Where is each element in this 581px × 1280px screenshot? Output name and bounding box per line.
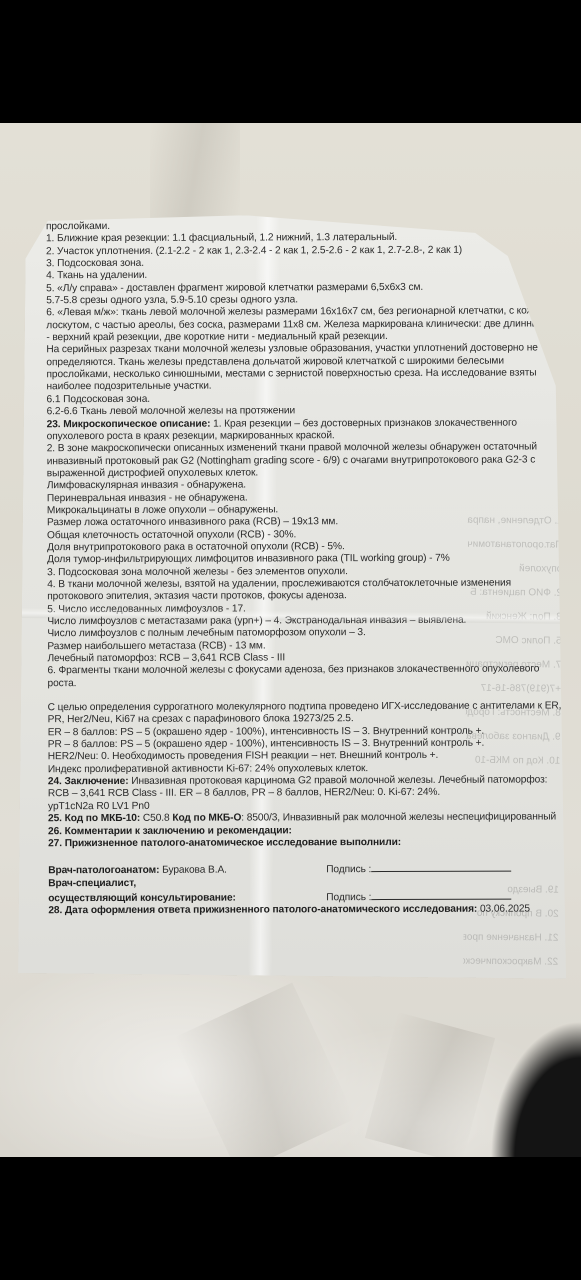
- section-heading: 24. Заключение:: [48, 776, 129, 787]
- signature-label: Подпись :: [326, 864, 371, 875]
- report-line: лоскутом, с частью ареолы, без соска, ра…: [46, 318, 558, 332]
- signature-line: [371, 861, 511, 872]
- icd10-code: C50.8: [140, 813, 172, 824]
- fabric-fold: [174, 983, 355, 1157]
- signature-line: [371, 888, 511, 899]
- report-line: 5. Число исследованных лимфоузлов - 17.: [47, 602, 559, 616]
- bleed-line: 21. Назначение пров: [463, 931, 558, 946]
- bleed-line: [471, 226, 566, 241]
- fabric-fold: [150, 123, 240, 223]
- signature-field: Подпись :: [298, 888, 511, 904]
- report-body: прослойками.1. Ближние края резекции: 1.…: [46, 219, 560, 917]
- pathologist: Врач-патологоанатом: Буракова В.А.: [48, 865, 298, 878]
- section-24-lines: RCB – 3,641 RCB Class - III. ER – 8 балл…: [48, 787, 560, 813]
- pathologist-signature-row: Врач-патологоанатом: Буракова В.А. Подпи…: [48, 861, 560, 878]
- bleed-line: 22. Макроскопическое: [463, 955, 558, 970]
- report-line: 2. В зоне макроскопически описанных изме…: [47, 442, 559, 456]
- section-heading: 26. Комментарии к заключению и рекоменда…: [48, 825, 292, 837]
- pathology-report-page: ШИМОНКОЛОГИ 1. Отделение, направПат.орол…: [18, 213, 574, 979]
- macroscopic-continuation: прослойками.1. Ближние края резекции: 1.…: [46, 219, 559, 418]
- section-text: 1. Края резекции – без достоверных призн…: [210, 417, 517, 429]
- section-28-date: 28. Дата оформления ответа прижизненного…: [48, 904, 560, 918]
- report-line: 6. Фрагменты ткани молочной железы с фок…: [47, 664, 559, 678]
- bleed-line: ШИМ: [471, 178, 566, 193]
- pathologist-name: Буракова В.А.: [159, 865, 227, 876]
- signature-label: Подпись :: [326, 892, 371, 903]
- dark-fabric-corner: [471, 957, 581, 1157]
- section-heading: 23. Микроскопическое описание:: [47, 418, 211, 430]
- report-line: прослойками, несколько синюшными, местам…: [46, 368, 558, 382]
- section-23-lines: опухолевого роста в краях резекции, марк…: [47, 429, 560, 690]
- bleed-line: ОНКОЛОГИ: [471, 202, 566, 217]
- signature-field: Подпись :: [298, 861, 511, 877]
- consultant: осуществляющий консультирование:: [48, 892, 298, 905]
- section-25-codes: 25. Код по МКБ-10: C50.8 Код по МКБ-О: 8…: [48, 812, 560, 826]
- report-date: 03.06.2025: [477, 904, 530, 915]
- ihc-results: С целью определения суррогатного молекул…: [48, 700, 560, 776]
- icd10-label: 25. Код по МКБ-10:: [48, 813, 140, 824]
- photo-background: ШИМОНКОЛОГИ 1. Отделение, направПат.орол…: [0, 123, 581, 1157]
- section-text: Инвазивная протоковая карцинома G2 право…: [128, 775, 547, 787]
- section-heading: 27. Прижизненное патолого-анатомическое …: [48, 837, 401, 849]
- icdo-code: : 8500/3, Инвазивный рак молочной железы…: [241, 812, 556, 824]
- section-23-microscopic: 23. Микроскопическое описание: 1. Края р…: [47, 417, 559, 431]
- icdo-label: Код по МКБ-О: [172, 813, 241, 824]
- section-heading: 28. Дата оформления ответа прижизненного…: [48, 904, 477, 916]
- pathologist-label: Врач-патологоанатом:: [48, 865, 159, 876]
- consultant-label-2: осуществляющий консультирование:: [48, 892, 236, 904]
- consultant-label-1: Врач-специалист,: [48, 877, 136, 888]
- report-line: инвазивный протоковый рак G2 (Nottingham…: [47, 454, 559, 468]
